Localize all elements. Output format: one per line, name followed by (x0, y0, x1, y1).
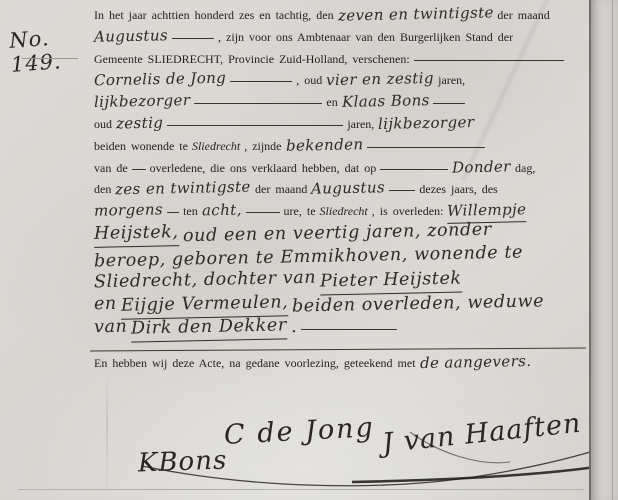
paper-crease (106, 370, 108, 500)
handwritten-segment: morgens (94, 199, 164, 222)
blank-rule (132, 166, 146, 170)
printed-segment: oud (94, 117, 112, 131)
document-line: Sliedrecht, dochter van Pieter Heijstek (94, 269, 594, 293)
document-line: Cornelis de Jong , oud vier en zestig ja… (94, 69, 594, 91)
blank-rule (380, 166, 448, 170)
handwritten-segment: Cornelis de Jong (94, 68, 227, 93)
printed-segment: , zijnde (244, 139, 281, 153)
handwritten-segment: zestig (116, 112, 164, 135)
printed-segment: , zijn voor ons Ambtenaar van den Burger… (218, 30, 513, 44)
printed-segment: der maand (497, 8, 549, 22)
printed-segment: Sliedrecht (192, 139, 240, 153)
handwritten-segment: Augustus (311, 178, 385, 201)
act-number: No. 149. (8, 23, 93, 77)
document-line: van de overledene, die ons verklaard heb… (94, 157, 594, 179)
document-line: beroep, geboren te Emmikhoven, wonende t… (94, 246, 594, 270)
blank-rule (194, 100, 322, 104)
handwritten-segment: beiden overleden, weduwe (292, 290, 545, 319)
handwritten-segment: acht, (202, 200, 242, 223)
page-edge (589, 0, 618, 500)
printed-segment: , oud (296, 73, 322, 87)
signature-declarant-2: KBons (138, 445, 228, 478)
document-line: en Eijgje Vermeulen, beiden overleden, w… (94, 293, 594, 317)
document-lines: In het jaar achttien honderd zes en tach… (94, 4, 594, 374)
document-line: oud zestig jaren, lijkbezorger (94, 113, 594, 135)
document-line: Gemeente SLIEDRECHT, Provincie Zuid-Holl… (94, 48, 594, 70)
document-line: lijkbezorger en Klaas Bons (94, 91, 594, 113)
printed-segment: en (326, 95, 337, 109)
printed-segment: Gemeente SLIEDRECHT, Provincie Zuid-Holl… (94, 52, 410, 66)
printed-segment: ten (183, 204, 198, 218)
blank-rule (389, 187, 415, 191)
bottom-rule (18, 489, 584, 490)
document-line: den zes en twintigste der maand Augustus… (94, 178, 594, 200)
handwritten-segment: Dirk den Dekker (131, 315, 287, 343)
printed-segment: der maand (255, 182, 307, 196)
handwritten-segment: bekenden (285, 134, 363, 157)
blank-rule (433, 100, 465, 104)
handwritten-segment: de aangevers. (419, 351, 531, 375)
blank-rule (301, 326, 397, 330)
handwritten-segment: en (94, 293, 117, 317)
signature-flourish (80, 392, 618, 500)
printed-segment: jaren, (438, 73, 465, 87)
margin-column: No. 149. (0, 0, 92, 500)
printed-segment: overledene, die ons verklaard hebben, da… (150, 161, 377, 175)
printed-segment: Sliedrecht (320, 204, 368, 218)
signature-declarant-1: C de Jong (223, 412, 375, 451)
blank-rule (172, 35, 214, 39)
handwritten-segment: vier en zestig (326, 68, 434, 92)
handwritten-segment: lijkbezorger (378, 112, 475, 136)
printed-segment: den (94, 182, 111, 196)
handwritten-segment: Klaas Bons (341, 90, 429, 114)
handwritten-segment: Heijstek, (94, 221, 179, 247)
act-body: In het jaar achttien honderd zes en tach… (94, 4, 594, 374)
handwritten-segment: zeven en twintigste (337, 2, 493, 27)
handwritten-segment: lijkbezorger (94, 90, 191, 114)
blank-rule (230, 78, 292, 82)
document-line: In het jaar achttien honderd zes en tach… (94, 4, 594, 26)
blank-rule (246, 209, 280, 213)
printed-segment: beiden wonende te (94, 139, 188, 153)
handwritten-segment: zes en twintigste (115, 177, 251, 202)
printed-segment: jaren, (347, 117, 374, 131)
handwritten-segment: Pieter Heijstek (320, 268, 462, 296)
blank-rule (167, 209, 179, 213)
document-line: morgens ten acht, ure, te Sliedrecht , i… (94, 200, 594, 222)
printed-segment: En hebben wij deze Acte, na gedane voorl… (94, 356, 416, 370)
printed-segment: dag, (515, 161, 535, 175)
blank-rule (414, 57, 564, 61)
printed-segment: van de (94, 161, 128, 175)
printed-segment: ure, te (284, 204, 316, 218)
document-line: beiden wonende te Sliedrecht , zijnde be… (94, 135, 594, 157)
printed-segment: In het jaar achttien honderd zes en tach… (94, 8, 334, 22)
blank-rule (367, 144, 485, 148)
handwritten-segment: . (291, 316, 298, 340)
handwritten-segment: Donder (452, 156, 511, 179)
page-edge-line (612, 0, 613, 500)
blank-rule (167, 122, 343, 126)
signature-registrar: J van Haaften (381, 408, 583, 460)
document-line: En hebben wij deze Acte, na gedane voorl… (94, 352, 594, 374)
document-line: van Dirk den Dekker . (94, 316, 594, 340)
handwritten-segment: Augustus (94, 25, 168, 48)
printed-segment: dezes jaars, des (419, 182, 497, 196)
scanned-death-certificate: No. 149. In het jaar achttien honderd ze… (0, 0, 618, 500)
handwritten-segment: van (94, 316, 128, 340)
act-number-underline (22, 58, 78, 59)
document-line: Augustus , zijn voor ons Ambtenaar van d… (94, 26, 594, 48)
printed-segment: , is overleden: (372, 204, 444, 218)
